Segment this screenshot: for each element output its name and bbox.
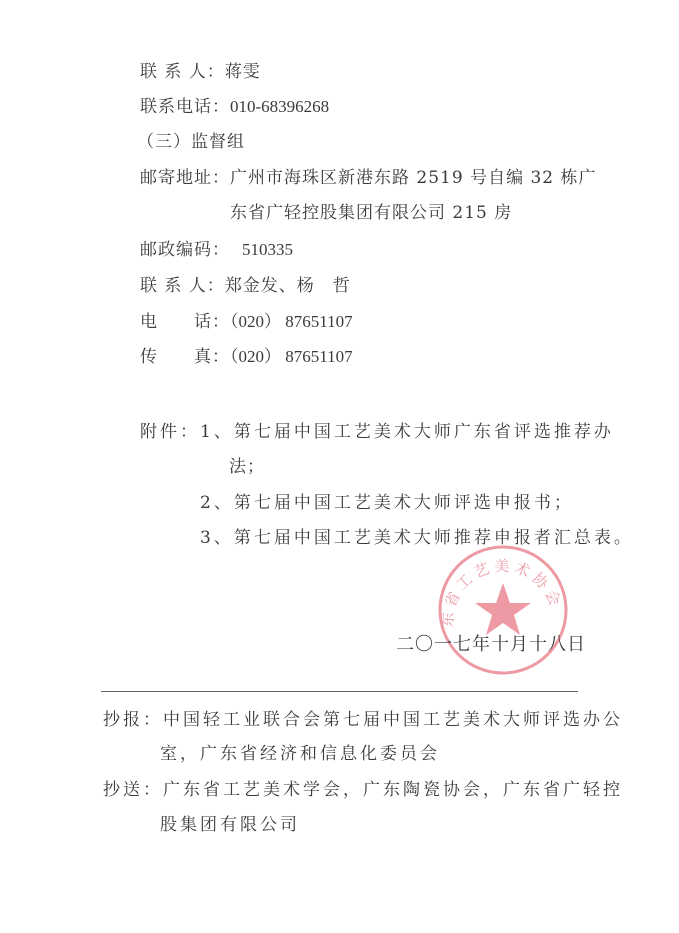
document-date: 二〇一七年十月十八日: [396, 630, 586, 656]
copy-to-line-1: 抄送：广东省工艺美术学会，广东陶瓷协会，广东省广轻控: [103, 780, 623, 800]
report-to-line-1: 抄报：中国轻工业联合会第七届中国工艺美术大师评选办公: [103, 710, 623, 730]
copy-value-1: 广东省工艺美术学会，广东陶瓷协会，广东省广轻控: [163, 780, 623, 800]
contact-phone-line: 联系电话：010-68396268: [140, 97, 329, 117]
attachments-label: 附件：: [140, 422, 200, 442]
contact-label: 联 系 人：: [140, 62, 225, 82]
copy-label: 抄送：: [103, 780, 163, 800]
supervision-phone-line: 电 话：（020） 87651107: [140, 312, 353, 332]
attachment-1-line-1: 1、第七届中国工艺美术大师广东省评选推荐办: [200, 422, 614, 442]
report-to-line-2: 室，广东省经济和信息化委员会: [160, 744, 440, 764]
postcode-line: 邮政编码：510335: [140, 240, 293, 260]
supervision-contact-label: 联 系 人：: [140, 276, 225, 296]
supervision-phone-value: （020） 87651107: [230, 312, 353, 331]
postcode-value: 510335: [242, 240, 293, 259]
attachment-item-1: 附件：1、第七届中国工艺美术大师广东省评选推荐办: [140, 422, 614, 442]
copy-to-line-2: 股集团有限公司: [160, 815, 300, 835]
report-label: 抄报：: [103, 710, 163, 730]
contact-person-line: 联 系 人：蒋雯: [140, 62, 261, 82]
phone-label: 联系电话：: [140, 97, 230, 117]
supervision-contact-value: 郑金发、杨 哲: [225, 276, 351, 296]
address-line-1: 邮寄地址：广州市海珠区新港东路 2519 号自编 32 栋广: [140, 168, 597, 188]
supervision-fax-line: 传 真：（020） 87651107: [140, 347, 353, 367]
supervision-contact-line: 联 系 人：郑金发、杨 哲: [140, 276, 351, 296]
supervision-fax-label: 传 真：: [140, 347, 230, 367]
supervision-fax-value: （020） 87651107: [230, 347, 353, 366]
address-value-1: 广州市海珠区新港东路 2519 号自编 32 栋广: [230, 168, 597, 188]
attachment-item-2: 2、第七届中国工艺美术大师评选申报书；: [200, 493, 574, 513]
official-seal: 东省工艺美术协会: [436, 543, 570, 677]
phone-value: 010-68396268: [230, 97, 329, 116]
divider: [101, 691, 578, 692]
address-label: 邮寄地址：: [140, 168, 230, 188]
report-value-1: 中国轻工业联合会第七届中国工艺美术大师评选办公: [163, 710, 623, 730]
address-line-2: 东省广轻控股集团有限公司 215 房: [230, 203, 512, 223]
section-heading: （三）监督组: [137, 132, 245, 152]
attachment-1-line-2: 法；: [229, 457, 265, 477]
contact-value: 蒋雯: [225, 62, 261, 82]
supervision-phone-label: 电 话：: [140, 312, 230, 332]
star-icon: [475, 583, 531, 635]
postcode-label: 邮政编码：: [140, 240, 230, 260]
